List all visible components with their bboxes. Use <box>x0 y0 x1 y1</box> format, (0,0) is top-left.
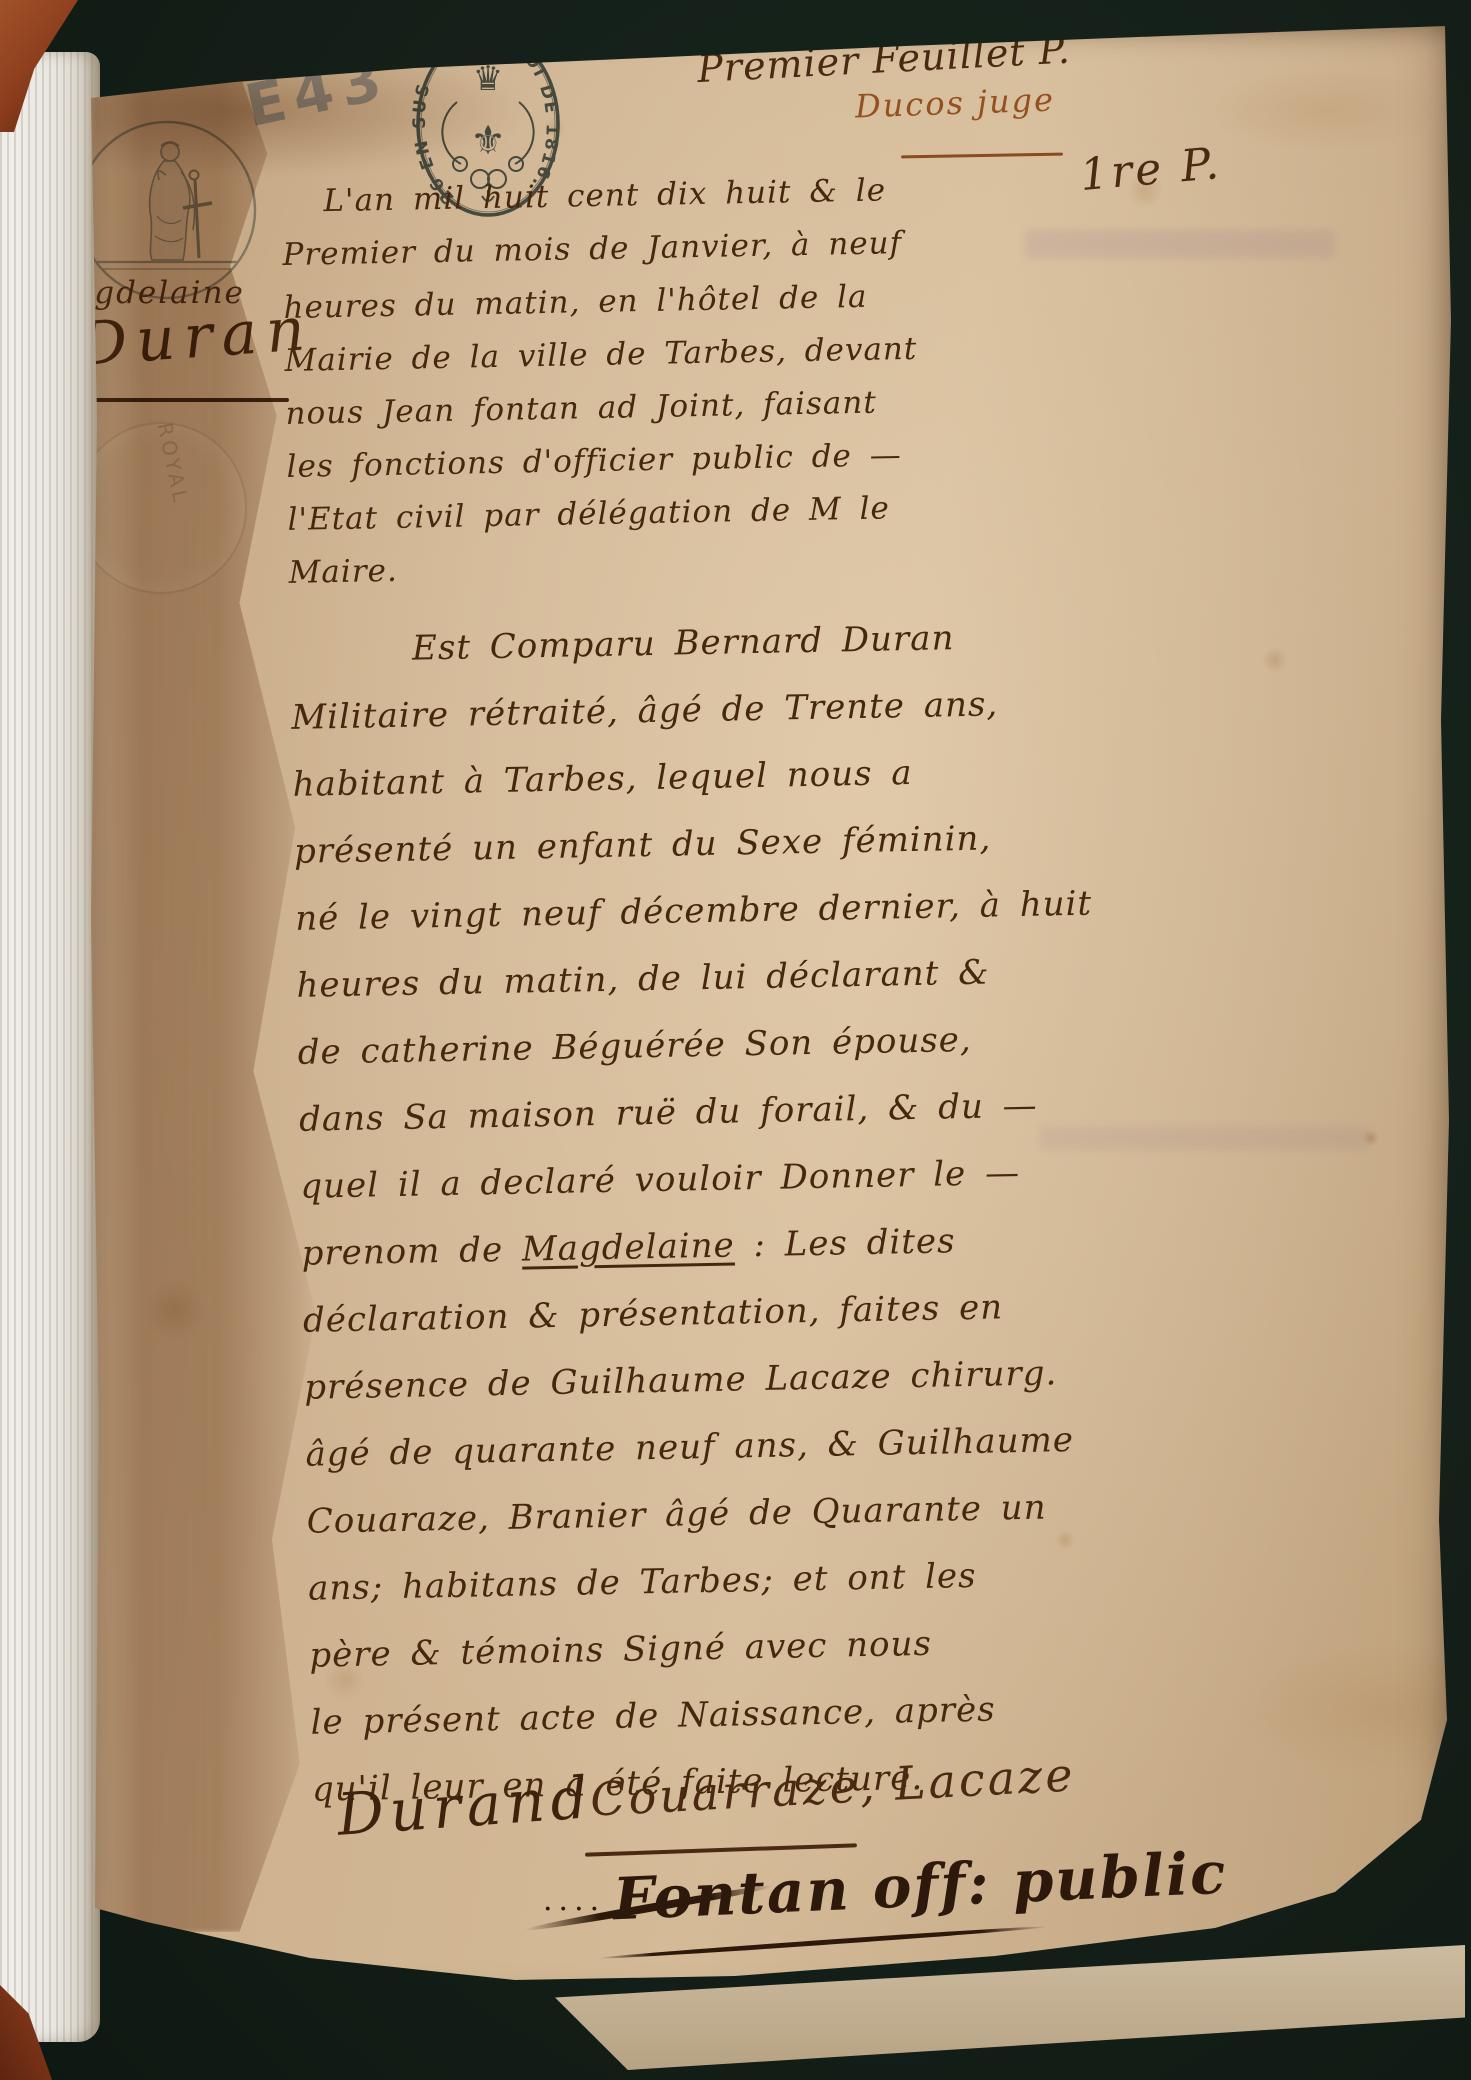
justice-figure-icon <box>150 142 195 260</box>
judge-note: Ducos juge <box>854 81 1055 126</box>
declaration-paragraph: Est Comparu Bernard Duran Militaire rétr… <box>289 601 1192 1824</box>
blind-stamp-text: ROYAL <box>153 420 194 507</box>
margin-rule <box>93 398 289 402</box>
manuscript-text: L'an mil huit cent dix huit & le Premier… <box>281 159 1192 1824</box>
manuscript-page: ROYAL <box>85 20 1455 2012</box>
fleur-de-lis-icon: ⚜ <box>470 118 506 164</box>
photograph-scene: ROYAL <box>0 0 1471 2080</box>
line-text: prenom de <box>301 1230 522 1274</box>
opening-paragraph: L'an mil huit cent dix huit & le Premier… <box>281 159 1169 600</box>
margin-family-name: Duran <box>77 294 316 380</box>
line-text: : Les dites <box>734 1221 956 1265</box>
embossed-blind-stamp: ROYAL <box>75 422 247 594</box>
underlined-given-name: Magdelaine <box>522 1225 736 1269</box>
witness-signature-underline <box>585 1843 857 1856</box>
judge-note-underline <box>901 153 1063 159</box>
signature-officer: Fontan off: public <box>612 1839 1229 1934</box>
book-page-edges <box>0 52 100 2042</box>
